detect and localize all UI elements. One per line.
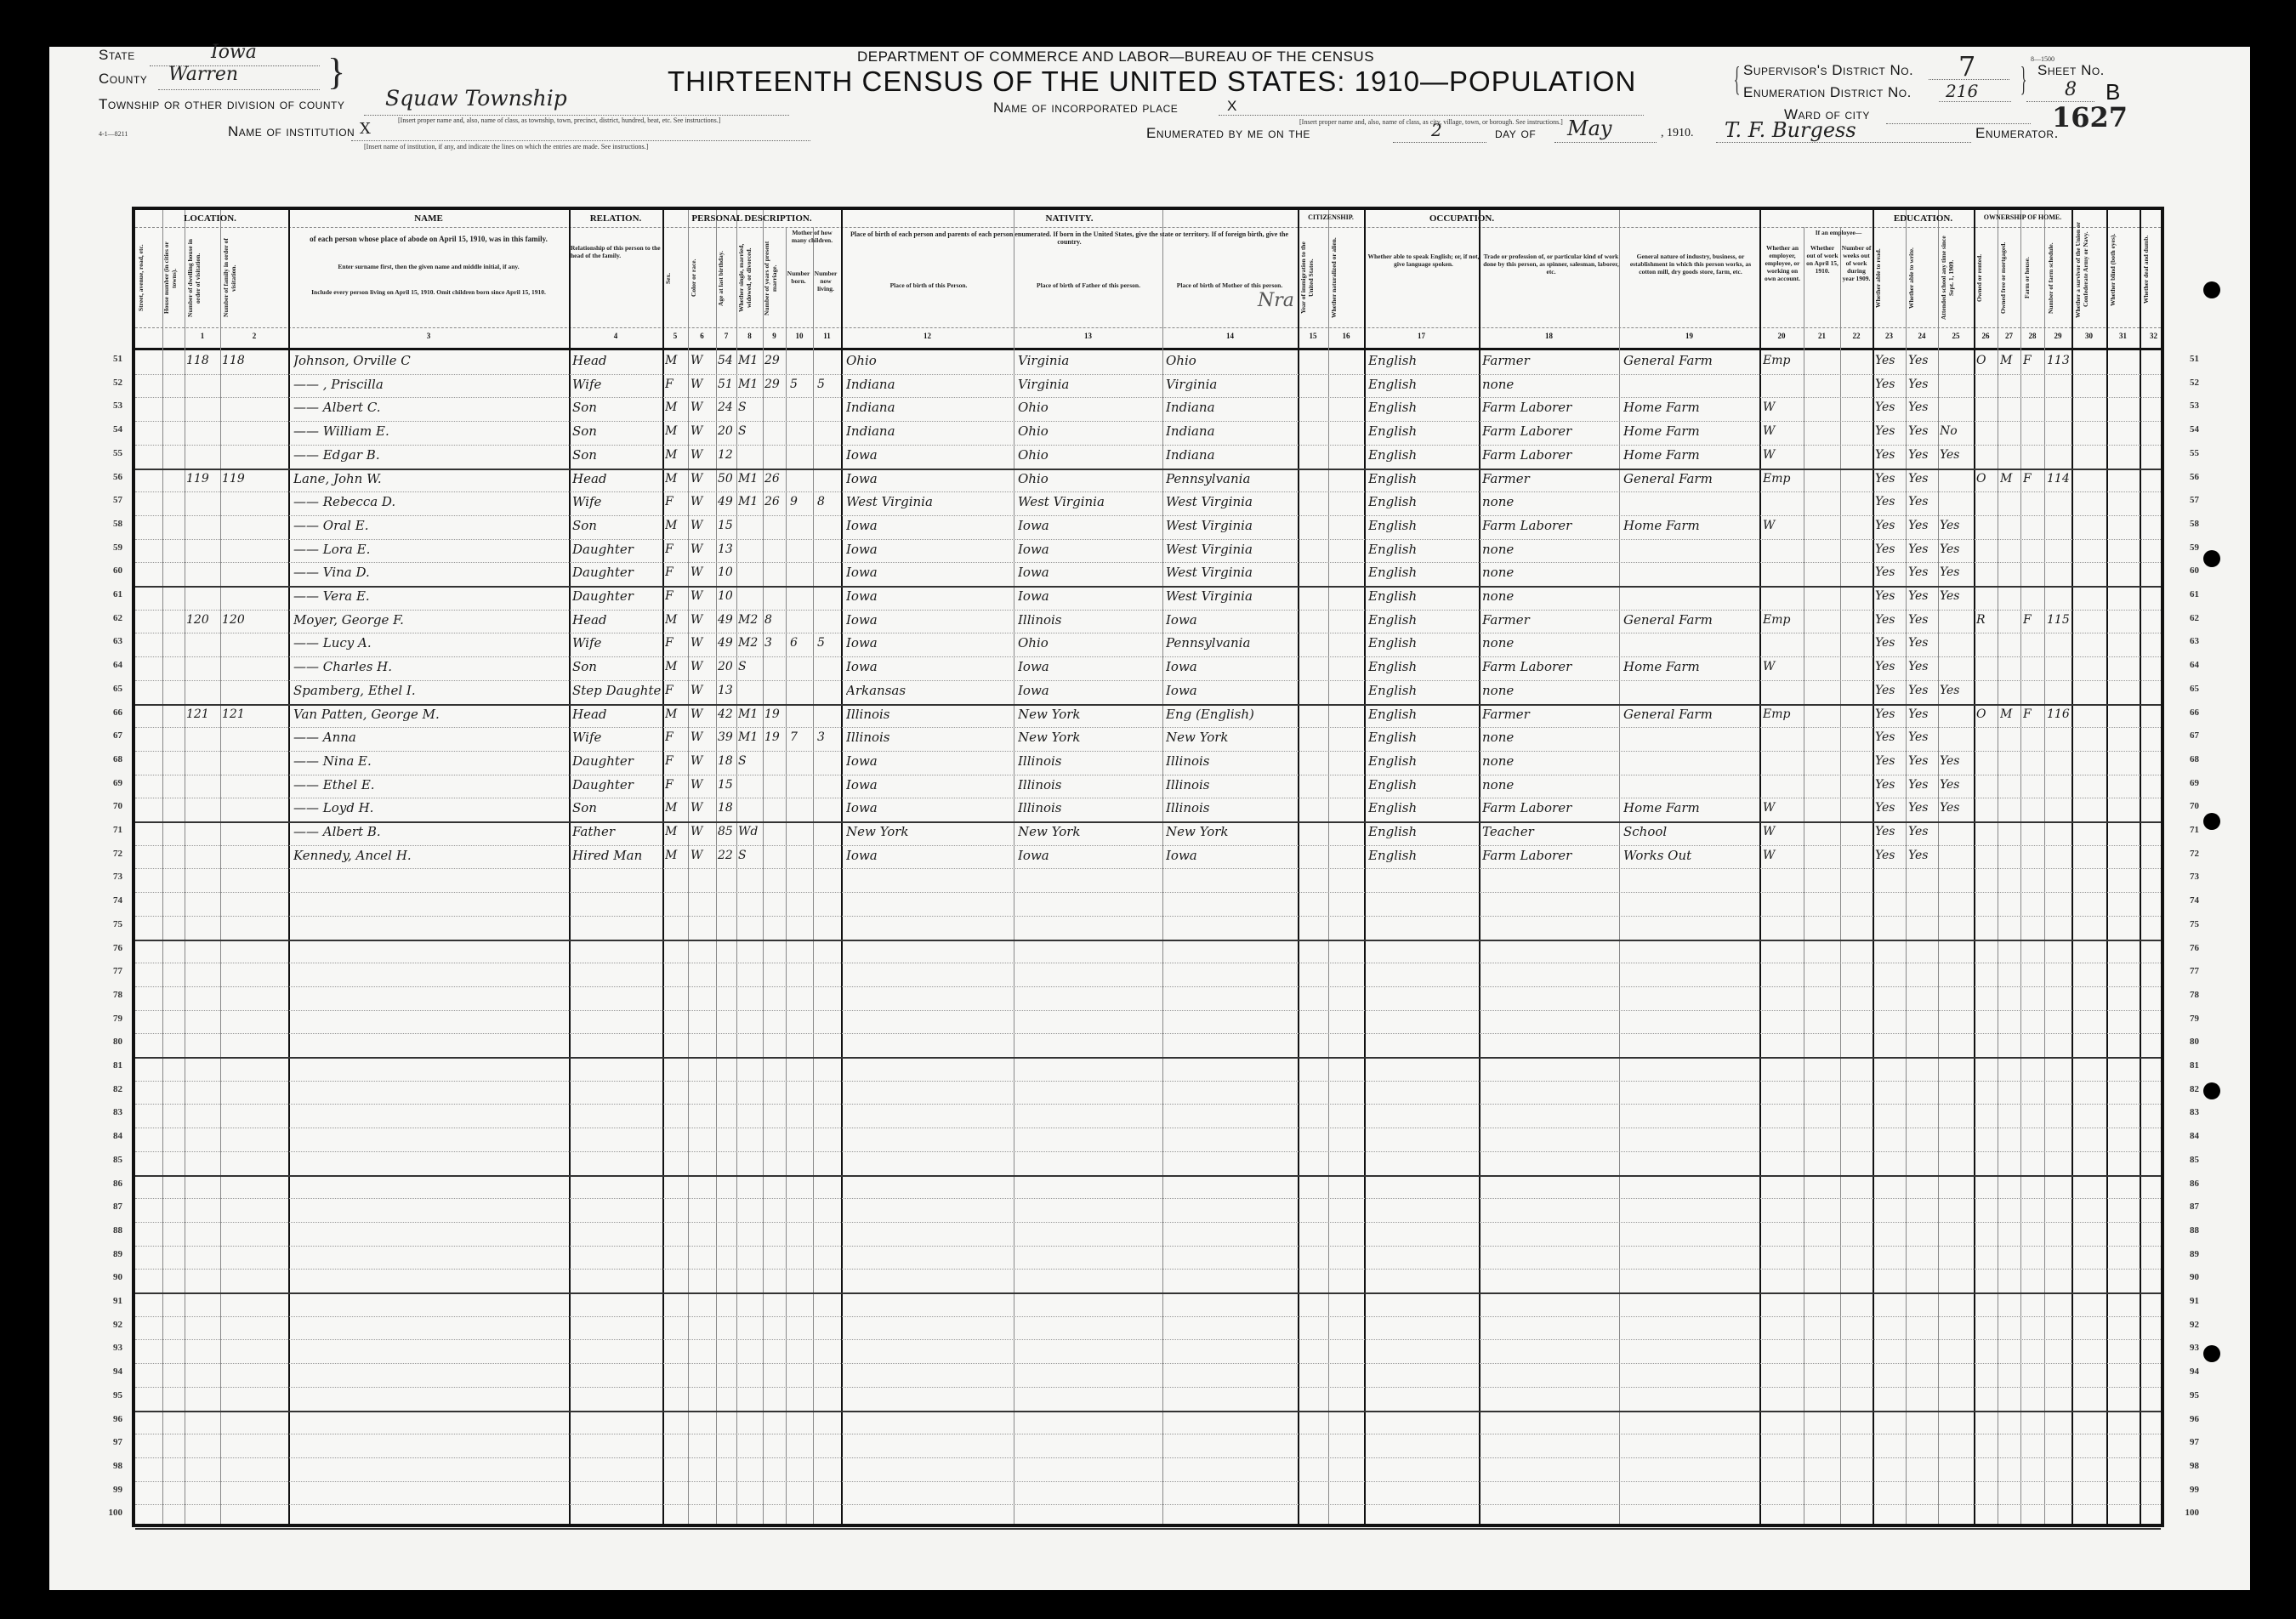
father-birthplace: New York [1018,703,1161,726]
line-number: 69 [100,778,122,788]
father-birthplace: West Virginia [1018,491,1161,514]
language: English [1368,444,1477,467]
line-number: 71 [100,825,122,835]
marital-status: M1 [738,349,762,372]
header-years-married: Number of years of present marriage. [763,232,783,324]
father-birthplace: Iowa [1018,656,1161,679]
header-street: Street, avenue, road, etc. [137,232,161,324]
attended-school: Yes [1940,444,1972,467]
industry: General Farm [1623,703,1758,726]
person-name: —— Lucy A. [293,632,567,655]
enumeration-label: Enumeration District No. [1743,84,1912,101]
color-race: W [691,538,714,561]
birthplace: Ohio [846,349,1012,372]
can-read: Yes [1875,349,1906,372]
person-name: —— Loyd H. [293,797,567,820]
father-birthplace: Ohio [1018,632,1161,655]
can-write: Yes [1908,514,1939,537]
father-birthplace: New York [1018,821,1161,844]
person-name: —— Rebecca D. [293,491,567,514]
language: English [1368,609,1477,632]
can-read: Yes [1875,821,1906,844]
dwelling-number: 121 [186,703,220,726]
line-number: 95 [100,1390,122,1400]
language: English [1368,774,1477,797]
can-read: Yes [1875,420,1906,443]
age: 10 [718,561,736,584]
children-born: 9 [790,491,812,514]
birthplace: Iowa [846,844,1012,867]
person-name: —— Nina E. [293,750,567,773]
age: 42 [718,703,736,726]
header-weeks-out: Number of weeks out of work during year … [1841,244,1872,282]
line-number: 56 [100,472,122,482]
children-living: 5 [817,373,839,396]
color-race: W [691,396,714,419]
farm-schedule: 113 [2047,349,2071,372]
can-write: Yes [1908,468,1939,491]
employment-class: W [1763,797,1802,820]
sex: M [665,797,687,820]
attended-school: Yes [1940,514,1972,537]
page-title: THIRTEENTH CENSUS OF THE UNITED STATES: … [668,65,1636,98]
column-divider [1014,210,1014,1524]
can-write: Yes [1908,538,1939,561]
industry: General Farm [1623,609,1758,632]
line-number: 64 [100,660,122,670]
birthplace: Iowa [846,609,1012,632]
trade: none [1482,538,1618,561]
column-number: 16 [1328,332,1364,340]
sex: M [665,396,687,419]
color-race: W [691,679,714,702]
relation: Daughter [572,750,661,773]
line-number: 53 [100,400,122,411]
line-number: 51 [2177,354,2199,364]
group-occupation: OCCUPATION. [1266,213,1657,224]
header-farm-house: Farm or house. [2023,232,2045,324]
relation: Head [572,609,661,632]
industry: Home Farm [1623,444,1758,467]
can-write: Yes [1908,750,1939,773]
line-number: 61 [100,589,122,599]
can-read: Yes [1875,561,1906,584]
column-number: 8 [736,332,763,340]
column-number: 24 [1906,332,1938,340]
age: 22 [718,844,736,867]
family-number: 120 [222,609,287,632]
column-number: 30 [2072,332,2106,340]
column-divider [736,210,737,1524]
language: English [1368,420,1477,443]
can-write: Yes [1908,420,1939,443]
farm-schedule: 115 [2047,609,2071,632]
birthplace: Iowa [846,514,1012,537]
line-number: 99 [2177,1485,2199,1495]
relation: Head [572,703,661,726]
header-veteran: Whether a survivor of the Union or Confe… [2074,215,2106,324]
column-number: 26 [1974,332,1998,340]
header-name-c: Include every person living on April 15,… [293,288,564,296]
can-write: Yes [1908,656,1939,679]
can-read: Yes [1875,750,1906,773]
person-name: Johnson, Orville C [293,349,567,372]
line-number: 63 [100,636,122,646]
column-number: 12 [841,332,1014,340]
years-married: 19 [764,726,785,749]
line-number: 61 [2177,589,2199,599]
color-race: W [691,491,714,514]
employment-class: W [1763,821,1802,844]
mother-birthplace: Iowa [1166,679,1296,702]
line-number: 82 [2177,1084,2199,1094]
line-number: 53 [2177,400,2199,411]
line-number: 97 [100,1437,122,1447]
sex: M [665,821,687,844]
can-write: Yes [1908,679,1939,702]
line-number: 76 [2177,943,2199,953]
line-number: 91 [100,1296,122,1306]
employment-class: Emp [1763,609,1802,632]
age: 54 [718,349,736,372]
line-number: 93 [2177,1343,2199,1353]
relation: Head [572,349,661,372]
owned-rented: R [1976,609,1997,632]
line-number: 54 [100,424,122,435]
mother-birthplace: Pennsylvania [1166,632,1296,655]
sex: F [665,774,687,797]
state-value: Iowa [211,42,257,63]
line-number: 89 [100,1249,122,1259]
line-number: 98 [2177,1461,2199,1471]
census-table: LOCATION. NAME RELATION. PERSONAL DESCRI… [132,207,2164,1527]
relation: Head [572,468,661,491]
punch-hole [2203,550,2220,567]
line-number: 99 [100,1485,122,1495]
line-number: 62 [100,613,122,623]
can-write: Yes [1908,491,1939,514]
language: English [1368,821,1477,844]
father-birthplace: Ohio [1018,468,1161,491]
can-read: Yes [1875,656,1906,679]
column-divider [1998,210,1998,1524]
color-race: W [691,420,714,443]
line-number: 59 [100,543,122,553]
attended-school: Yes [1940,774,1972,797]
industry: General Farm [1623,349,1758,372]
header-employer: Whether an employer, employee, or workin… [1761,244,1804,282]
line-number: 81 [2177,1060,2199,1071]
column-number: 31 [2106,332,2140,340]
father-birthplace: Iowa [1018,514,1161,537]
column-number: 32 [2140,332,2168,340]
age: 50 [718,468,736,491]
line-number: 100 [2177,1508,2199,1518]
column-number: 2 [220,332,288,340]
birthplace: Indiana [846,420,1012,443]
sex: F [665,561,687,584]
column-number: 28 [2020,332,2044,340]
line-number: 59 [2177,543,2199,553]
sex: M [665,609,687,632]
header-mother-birthplace: Place of birth of Mother of this person. [1164,281,1295,289]
industry: School [1623,821,1758,844]
can-write: Yes [1908,703,1939,726]
color-race: W [691,750,714,773]
line-number: 91 [2177,1296,2199,1306]
age: 13 [718,679,736,702]
state-label: State [99,47,135,64]
day-of-label: day of [1495,125,1536,142]
owned-mortgaged: M [2000,349,2020,372]
mother-birthplace: West Virginia [1166,585,1296,608]
line-number: 67 [2177,730,2199,741]
children-living: 8 [817,491,839,514]
color-race: W [691,373,714,396]
age: 20 [718,420,736,443]
marital-status: S [738,750,762,773]
industry: Home Farm [1623,420,1758,443]
relation: Hired Man [572,844,661,867]
column-number: 27 [1998,332,2020,340]
person-name: —— , Priscilla [293,373,567,396]
column-number: 25 [1938,332,1974,340]
color-race: W [691,726,714,749]
line-number: 55 [2177,448,2199,458]
header-immigration-year: Year of immigration to the United States… [1299,232,1327,324]
marital-status: M2 [738,632,762,655]
mother-birthplace: Illinois [1166,797,1296,820]
can-read: Yes [1875,609,1906,632]
line-number: 58 [2177,519,2199,529]
line-number: 52 [2177,378,2199,388]
header-name-a: of each person whose place of abode on A… [293,234,564,244]
employment-class: W [1763,420,1802,443]
children-living: 5 [817,632,839,655]
trade: Teacher [1482,821,1618,844]
header-blind: Whether blind (both eyes). [2109,215,2140,324]
sex: M [665,514,687,537]
years-married: 26 [764,491,785,514]
language: English [1368,561,1477,584]
can-read: Yes [1875,373,1906,396]
header-school: Attended school any time since Sept. 1, … [1940,232,1972,324]
birthplace: Iowa [846,561,1012,584]
line-number: 94 [2177,1366,2199,1377]
color-race: W [691,609,714,632]
line-number: 52 [100,378,122,388]
father-birthplace: Iowa [1018,679,1161,702]
can-read: Yes [1875,632,1906,655]
line-number: 93 [100,1343,122,1353]
supervisor-label: Supervisor's District No. [1743,62,1913,79]
birthplace: Iowa [846,632,1012,655]
farm-house: F [2023,703,2043,726]
relation: Son [572,444,661,467]
marital-status: M2 [738,609,762,632]
mother-birthplace: West Virginia [1166,538,1296,561]
column-number: 3 [288,332,569,340]
owned-rented: O [1976,349,1997,372]
can-read: Yes [1875,444,1906,467]
birthplace: Indiana [846,373,1012,396]
line-number: 57 [2177,495,2199,505]
line-number: 66 [100,707,122,718]
age: 85 [718,821,736,844]
birthplace: Iowa [846,444,1012,467]
trade: none [1482,561,1618,584]
group-personal: PERSONAL DESCRIPTION. [662,213,841,224]
father-birthplace: Virginia [1018,349,1161,372]
farm-house: F [2023,468,2043,491]
column-number: 7 [716,332,736,340]
group-ownership: OWNERSHIP OF HOME. [1974,213,2072,221]
header-mortgaged: Owned free or mortgaged. [1999,232,2021,324]
father-birthplace: Virginia [1018,373,1161,396]
language: English [1368,797,1477,820]
person-name: —— Albert B. [293,821,567,844]
language: English [1368,679,1477,702]
relation: Daughter [572,538,661,561]
age: 39 [718,726,736,749]
header-born: Number born. [786,270,811,285]
trade: Farm Laborer [1482,396,1618,419]
can-write: Yes [1908,349,1939,372]
sex: M [665,444,687,467]
birthplace: Iowa [846,656,1012,679]
header-age: Age at last birthday. [717,232,734,324]
line-number: 88 [100,1225,122,1236]
line-number: 84 [2177,1131,2199,1141]
line-number: 88 [2177,1225,2199,1236]
farm-house: F [2023,349,2043,372]
nativity-annotation: Nra [1258,290,1294,311]
column-number: 18 [1479,332,1619,340]
sex: F [665,373,687,396]
line-number: 71 [2177,825,2199,835]
trade: Farm Laborer [1482,656,1618,679]
employment-class: W [1763,656,1802,679]
trade: Farm Laborer [1482,797,1618,820]
industry: Home Farm [1623,656,1758,679]
column-divider [220,210,221,1524]
column-divider [1328,210,1329,1524]
person-name: —— Albert C. [293,396,567,419]
sex: M [665,656,687,679]
language: English [1368,703,1477,726]
incorporated-label: Name of incorporated place [993,99,1178,116]
line-number: 54 [2177,424,2199,435]
father-birthplace: Illinois [1018,774,1161,797]
column-number: 21 [1804,332,1840,340]
person-name: —— Oral E. [293,514,567,537]
column-divider [162,210,163,1524]
relation: Wife [572,726,661,749]
can-read: Yes [1875,797,1906,820]
relation: Wife [572,491,661,514]
birthplace: Iowa [846,585,1012,608]
line-number: 78 [100,990,122,1000]
township-value: Squaw Township [385,86,567,111]
trade: none [1482,632,1618,655]
color-race: W [691,585,714,608]
birthplace: Iowa [846,750,1012,773]
trade: Farm Laborer [1482,844,1618,867]
children-born: 5 [790,373,812,396]
header-trade: Trade or profession of, or particular ki… [1483,253,1619,276]
mother-birthplace: Pennsylvania [1166,468,1296,491]
header-farm-schedule: Number of farm schedule. [2047,232,2071,324]
relation: Daughter [572,561,661,584]
column-divider [716,210,717,1524]
column-number: 23 [1873,332,1906,340]
birthplace: West Virginia [846,491,1012,514]
line-number: 65 [2177,684,2199,694]
line-number: 78 [2177,990,2199,1000]
can-read: Yes [1875,679,1906,702]
years-married: 3 [764,632,785,655]
years-married: 29 [764,349,785,372]
line-number: 75 [100,919,122,929]
age: 24 [718,396,736,419]
color-race: W [691,844,714,867]
county-label: County [99,71,147,88]
line-number: 82 [100,1084,122,1094]
birthplace: Arkansas [846,679,1012,702]
person-name: —— William E. [293,420,567,443]
relation: Son [572,797,661,820]
can-write: Yes [1908,844,1939,867]
header-family: Number of family in order of visitation. [222,232,283,324]
language: English [1368,632,1477,655]
industry: Works Out [1623,844,1758,867]
line-number: 69 [2177,778,2199,788]
language: English [1368,656,1477,679]
column-number: 15 [1298,332,1328,340]
line-number: 87 [2177,1201,2199,1212]
brace-left: { [1734,59,1741,99]
column-divider [288,210,290,1524]
sex: F [665,679,687,702]
column-divider [2106,210,2108,1524]
language: English [1368,750,1477,773]
color-race: W [691,514,714,537]
column-divider [1298,210,1299,1524]
father-birthplace: Ohio [1018,444,1161,467]
mother-birthplace: Illinois [1166,750,1296,773]
header-out-of-work: Whether out of work on April 15, 1910. [1805,244,1839,275]
industry: Home Farm [1623,797,1758,820]
column-number: 19 [1619,332,1759,340]
marital-status: S [738,420,762,443]
can-read: Yes [1875,538,1906,561]
sex: F [665,726,687,749]
header-naturalized: Whether naturalized or alien. [1330,232,1362,324]
header-living: Number now living. [813,270,838,293]
farm-schedule: 116 [2047,703,2071,726]
color-race: W [691,444,714,467]
header-language: Whether able to speak English; or, if no… [1367,253,1480,268]
can-read: Yes [1875,844,1906,867]
age: 49 [718,609,736,632]
sex: F [665,538,687,561]
can-read: Yes [1875,468,1906,491]
age: 18 [718,797,736,820]
can-write: Yes [1908,373,1939,396]
line-number: 73 [2177,872,2199,882]
sex: M [665,703,687,726]
person-name: —— Anna [293,726,567,749]
